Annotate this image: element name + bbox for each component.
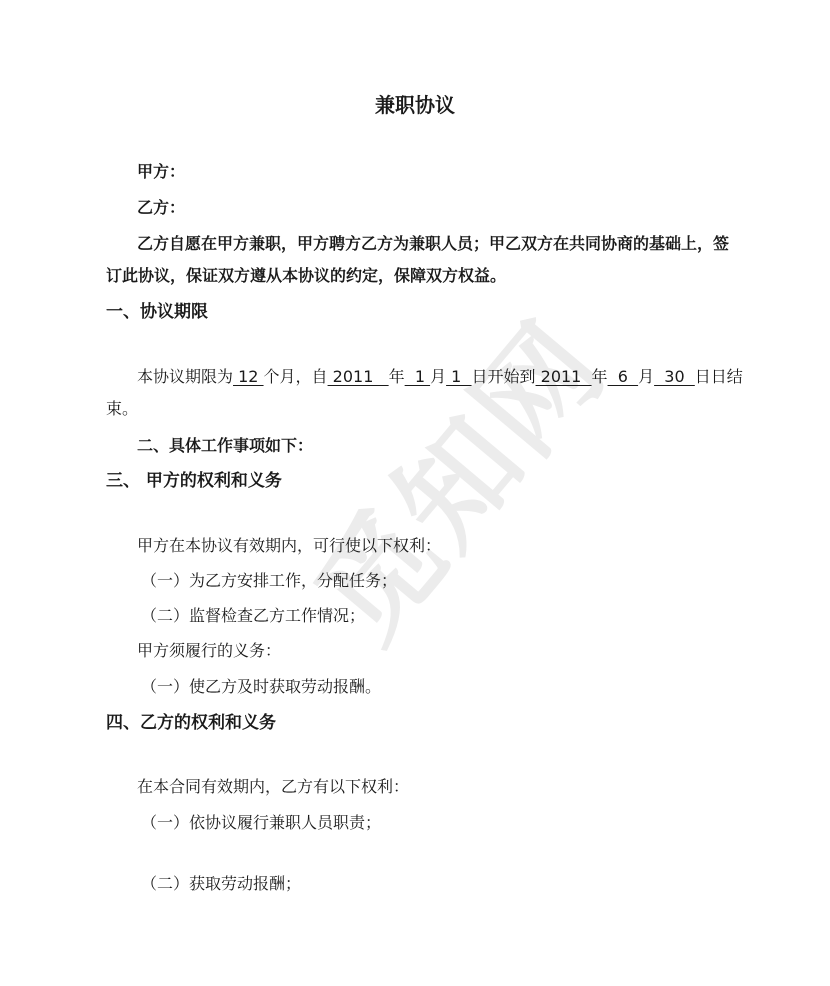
- term-paragraph: 本协议期限为 12 个月，自 2011 年 1 月 1 日开始到 2011 年 …: [137, 367, 743, 387]
- party-a-duty-item: （一）使乙方及时获取劳动报酬。: [141, 677, 381, 697]
- end-day-blank: 30: [654, 367, 695, 386]
- term-months-blank: 12: [233, 367, 264, 386]
- party-a-rights-intro: 甲方在本协议有效期内，可行使以下权利：: [137, 536, 441, 556]
- term-text: 日日结: [695, 367, 743, 386]
- document-page: 觅知网 兼职协议 甲方： 乙方： 乙方自愿在甲方兼职，甲方聘方乙方为兼职人员；甲…: [0, 0, 830, 986]
- party-a-right-item: （一）为乙方安排工作，分配任务；: [141, 571, 397, 591]
- party-b-right-item: （一）依协议履行兼职人员职责；: [141, 813, 381, 833]
- party-a-right-item: （二）监督检查乙方工作情况；: [141, 606, 365, 626]
- term-text: 日开始到: [472, 367, 536, 386]
- party-a-label: 甲方：: [137, 162, 185, 182]
- start-month-blank: 1: [405, 367, 430, 386]
- term-text: 月: [430, 367, 446, 386]
- party-a-duties-intro: 甲方须履行的义务：: [137, 641, 281, 661]
- term-text: 月: [638, 367, 654, 386]
- end-month-blank: 6: [608, 367, 639, 386]
- term-text: 个月，自: [264, 367, 328, 386]
- term-paragraph-line2: 束。: [106, 399, 138, 419]
- term-text: 本协议期限为: [137, 367, 233, 386]
- section3-heading: 三、 甲方的权利和义务: [106, 471, 282, 491]
- party-b-label: 乙方：: [137, 198, 185, 218]
- term-text: 年: [389, 367, 405, 386]
- start-year-blank: 2011: [328, 367, 389, 386]
- document-title: 兼职协议: [0, 93, 830, 117]
- section1-heading: 一、协议期限: [106, 302, 208, 322]
- end-year-blank: 2011: [536, 367, 592, 386]
- section4-heading: 四、乙方的权利和义务: [106, 713, 276, 733]
- intro-paragraph-line1: 乙方自愿在甲方兼职，甲方聘方乙方为兼职人员；甲乙双方在共同协商的基础上，签: [137, 234, 729, 254]
- intro-paragraph-line2: 订此协议，保证双方遵从本协议的约定，保障双方权益。: [106, 266, 506, 286]
- party-b-right-item: （二）获取劳动报酬；: [141, 874, 301, 894]
- start-day-blank: 1: [446, 367, 471, 386]
- term-text: 年: [592, 367, 608, 386]
- section2-heading: 二、具体工作事项如下：: [137, 436, 313, 456]
- party-b-rights-intro: 在本合同有效期内，乙方有以下权利：: [137, 777, 409, 797]
